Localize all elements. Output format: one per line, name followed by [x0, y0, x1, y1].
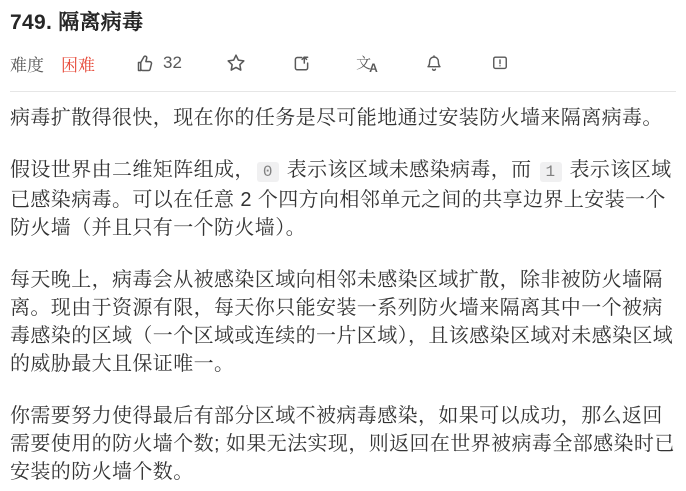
- translate-button[interactable]: 文A: [356, 51, 380, 75]
- feedback-button[interactable]: [488, 51, 512, 75]
- problem-page: 749. 隔离病毒 难度 困难 32: [0, 0, 686, 491]
- text-segment: 你需要努力使得最后有部分区域不被病毒感染，如果可以成功，那么返回需要使用的防火墙…: [10, 405, 675, 483]
- like-button[interactable]: 32: [135, 53, 182, 74]
- bell-icon: [424, 53, 444, 74]
- feedback-icon: [490, 53, 510, 73]
- page-title: 749. 隔离病毒: [10, 10, 676, 36]
- text-segment: 假设世界由二维矩阵组成，: [10, 159, 255, 181]
- text-segment: 每天晚上，病毒会从被感染区域向相邻未感染区域扩散，除非被防火墙隔离。现由于资源有…: [10, 269, 673, 375]
- paragraph-grid-definition: 假设世界由二维矩阵组成，0 表示该区域未感染病毒，而 1 表示该区域已感染病毒。…: [10, 156, 676, 242]
- inline-code-one: 1: [540, 162, 562, 182]
- share-button[interactable]: [290, 51, 314, 75]
- favorite-button[interactable]: [224, 51, 248, 75]
- paragraph-spread-rule: 每天晚上，病毒会从被感染区域向相邻未感染区域扩散，除非被防火墙隔离。现由于资源有…: [10, 266, 676, 378]
- problem-description: 病毒扩散得很快，现在你的任务是尽可能地通过安装防火墙来隔离病毒。 假设世界由二维…: [10, 104, 676, 486]
- translate-icon: 文A: [356, 56, 380, 71]
- share-icon: [291, 53, 312, 74]
- thumbs-up-icon: [135, 53, 156, 74]
- text-segment: 病毒扩散得很快，现在你的任务是尽可能地通过安装防火墙来隔离病毒。: [10, 107, 663, 129]
- like-count: 32: [163, 53, 182, 73]
- paragraph-intro: 病毒扩散得很快，现在你的任务是尽可能地通过安装防火墙来隔离病毒。: [10, 104, 676, 132]
- paragraph-goal: 你需要努力使得最后有部分区域不被病毒感染，如果可以成功，那么返回需要使用的防火墙…: [10, 402, 676, 486]
- inline-code-zero: 0: [257, 162, 279, 182]
- difficulty-label: 难度: [10, 51, 44, 76]
- notification-button[interactable]: [422, 51, 446, 75]
- star-icon: [225, 52, 247, 74]
- header-divider: [10, 91, 676, 92]
- problem-meta-bar: 难度 困难 32: [10, 52, 676, 74]
- difficulty-badge: 困难: [61, 51, 95, 76]
- text-segment: 表示该区域未感染病毒，而: [281, 159, 538, 181]
